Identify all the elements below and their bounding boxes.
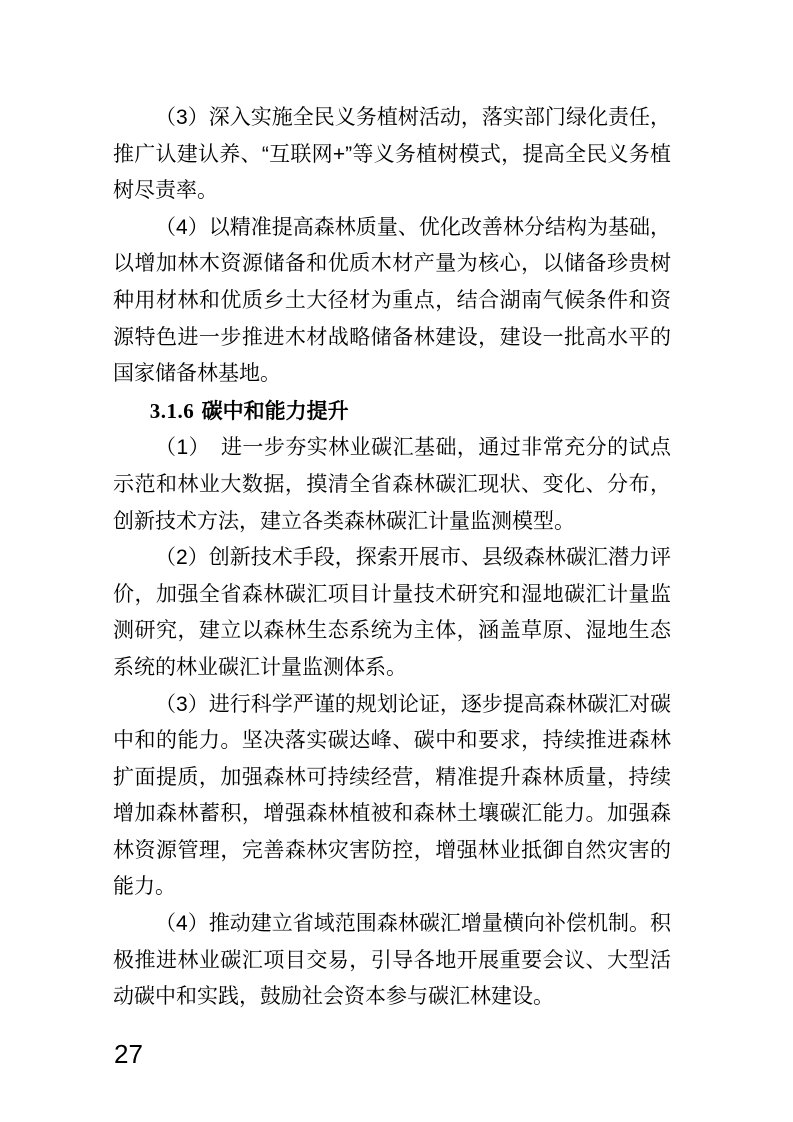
paragraph-forest-reserve: （4）以精准提高森林质量、优化改善林分结构为基础，以增加林木资源储备和优质木材产… bbox=[113, 210, 671, 393]
document-page: （3）深入实施全民义务植树活动，落实部门绿化责任，推广认建认养、“互联网+”等义… bbox=[0, 0, 793, 1122]
paragraph-carbon-sink-monitoring: （2）创新技术手段，探索开展市、县级森林碳汇潜力评价，加强全省森林碳汇项目计量技… bbox=[113, 540, 671, 686]
text-block: （3）深入实施全民义务植树活动，落实部门绿化责任，推广认建认养、“互联网+”等义… bbox=[113, 100, 671, 1016]
paragraph-carbon-neutrality-capacity: （3）进行科学严谨的规划论证，逐步提高森林碳汇对碳中和的能力。坚决落实碳达峰、碳… bbox=[113, 687, 671, 907]
section-heading: 3.1.6碳中和能力提升 bbox=[113, 393, 671, 431]
section-heading-title: 碳中和能力提升 bbox=[202, 400, 349, 423]
section-heading-number: 3.1.6 bbox=[150, 399, 195, 423]
paragraph-carbon-compensation-mechanism: （4）推动建立省域范围森林碳汇增量横向补偿机制。积极推进林业碳汇项目交易，引导各… bbox=[113, 906, 671, 1016]
paragraph-afforestation-duty: （3）深入实施全民义务植树活动，落实部门绿化责任，推广认建认养、“互联网+”等义… bbox=[113, 100, 671, 210]
paragraph-carbon-sink-foundation: （1） 进一步夯实林业碳汇基础，通过非常充分的试点示范和林业大数据，摸清全省森林… bbox=[113, 430, 671, 540]
page-number: 27 bbox=[114, 1040, 143, 1069]
